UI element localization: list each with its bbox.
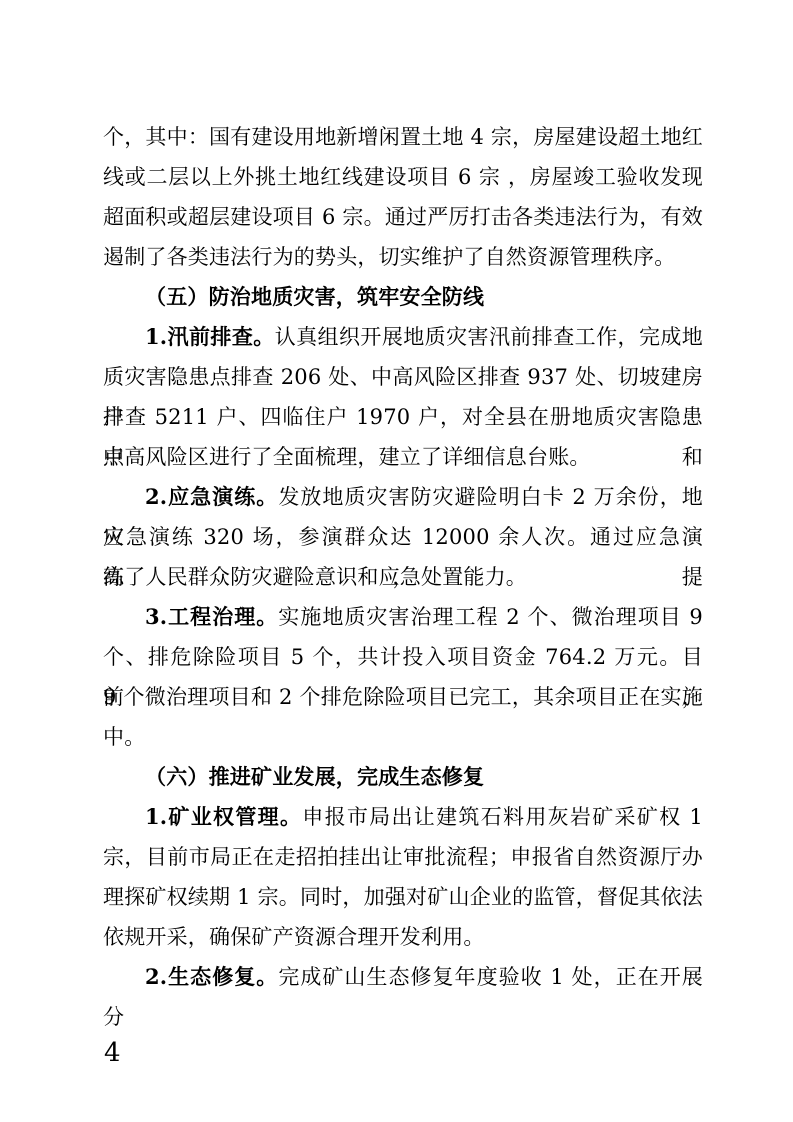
text-line: 中。 [103,717,703,757]
text-line: 宗，目前市局正在走招拍挂出让审批流程；申报省自然资源厅办 [103,837,703,877]
line-text: 中。 [103,725,145,749]
page-number: 4 [104,1038,121,1068]
text-line: 遏制了各类违法行为的势头，切实维护了自然资源管理秩序。 [103,237,703,277]
paragraph-lead: 2.生态修复。 [145,964,278,989]
text-line: 个、排危除险项目 5 个，共计投入项目资金 764.2 万元。目前， [103,637,703,677]
line-text: 实施地质灾害治理工程 2 个、微治理项目 9 [278,605,703,629]
paragraph-lead: 1.矿业权管理。 [145,804,302,829]
text-line: 理探矿权续期 1 宗。同时，加强对矿山企业的监管，督促其依法 [103,877,703,917]
text-line: 依规开采，确保矿产资源合理开发利用。 [103,917,703,957]
line-text: 线或二层以上外挑土地红线建设项目 6 宗 ，房屋竣工验收发现 [103,165,703,189]
heading-text: （五）防治地质灾害，筑牢安全防线 [145,284,484,309]
line-text: 申报市局出让建筑石料用灰岩矿采矿权 1 [302,805,703,829]
line-text: 理探矿权续期 1 宗。同时，加强对矿山企业的监管，督促其依法 [103,885,703,909]
text-line: 超面积或超层建设项目 6 宗。通过严厉打击各类违法行为，有效 [103,197,703,237]
text-line: 质灾害隐患点排查 206 处、中高风险区排查 937 处、切坡建房户 [103,357,703,397]
line-text: 个，其中：国有建设用地新增闲置土地 4 宗，房屋建设超土地红 [103,125,703,149]
line-text: 高了人民群众防灾避险意识和应急处置能力。 [103,565,527,589]
line-text: 认真组织开展地质灾害汛前排查工作，完成地 [275,325,703,349]
text-line: 3.工程治理。实施地质灾害治理工程 2 个、微治理项目 9 [103,597,703,637]
paragraph-lead: 1.汛前排查。 [145,324,275,349]
line-text: 宗，目前市局正在走招拍挂出让审批流程；申报省自然资源厅办 [103,845,703,869]
text-line: 9 个微治理项目和 2 个排危除险项目已完工，其余项目正在实施 [103,677,703,717]
section-heading: （六）推进矿业发展，完成生态修复 [103,757,703,797]
text-line: 个，其中：国有建设用地新增闲置土地 4 宗，房屋建设超土地红 [103,117,703,157]
text-line: 应急演练 320 场，参演群众达 12000 余人次。通过应急演练，提 [103,517,703,557]
document-page: 个，其中：国有建设用地新增闲置土地 4 宗，房屋建设超土地红 线或二层以上外挑土… [0,0,793,1122]
paragraph-lead: 2.应急演练。 [145,484,278,509]
line-text: 超面积或超层建设项目 6 宗。通过严厉打击各类违法行为，有效 [103,205,703,229]
line-text: 9 个微治理项目和 2 个排危除险项目已完工，其余项目正在实施 [103,685,703,709]
line-text: 遏制了各类违法行为的势头，切实维护了自然资源管理秩序。 [103,245,675,269]
document-body: 个，其中：国有建设用地新增闲置土地 4 宗，房屋建设超土地红 线或二层以上外挑土… [103,117,703,997]
line-text: 依规开采，确保矿产资源合理开发利用。 [103,925,485,949]
line-text: 中高风险区进行了全面梳理，建立了详细信息台账。 [103,445,591,469]
text-line: 排查 5211 户、四临住户 1970 户，对全县在册地质灾害隐患点和 [103,397,703,437]
text-line: 2.生态修复。完成矿山生态修复年度验收 1 处，正在开展分 [103,957,703,997]
text-line: 2.应急演练。发放地质灾害防灾避险明白卡 2 万余份，地灾 [103,477,703,517]
paragraph-lead: 3.工程治理。 [145,604,278,629]
text-line: 1.汛前排查。认真组织开展地质灾害汛前排查工作，完成地 [103,317,703,357]
text-line: 线或二层以上外挑土地红线建设项目 6 宗 ，房屋竣工验收发现 [103,157,703,197]
heading-text: （六）推进矿业发展，完成生态修复 [145,764,484,789]
text-line: 1.矿业权管理。申报市局出让建筑石料用灰岩矿采矿权 1 [103,797,703,837]
section-heading: （五）防治地质灾害，筑牢安全防线 [103,277,703,317]
